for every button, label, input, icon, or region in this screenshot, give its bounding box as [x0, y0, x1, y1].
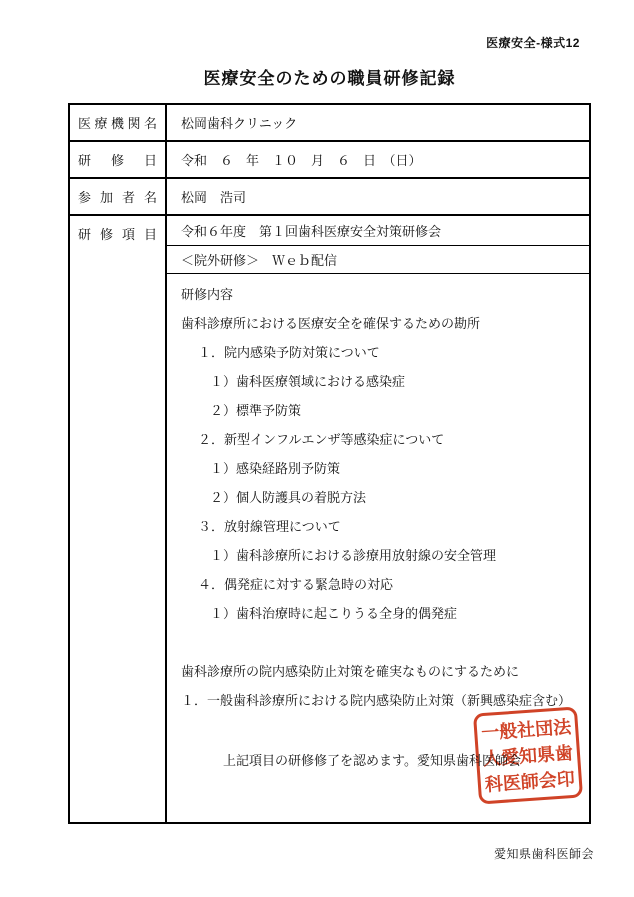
date-value-cell: 令和 ６ 年 １０ 月 ６ 日 （日） [167, 142, 589, 177]
content-line: １．院内感染予防対策について [181, 338, 589, 367]
institution-name: 松岡歯科クリニック [181, 113, 297, 132]
date-label-cell: 研修日 [70, 142, 167, 177]
content-line: １）歯科診療所における診療用放射線の安全管理 [181, 541, 589, 570]
content-line: １）感染経路別予防策 [181, 454, 589, 483]
date-label: 研修日 [78, 150, 157, 169]
content-line: １）歯科治療時に起こりうる全身的偶発症 [181, 599, 589, 628]
institution-value-cell: 松岡歯科クリニック [167, 105, 589, 140]
training-items-label-cell: 研修項目 [70, 216, 167, 822]
table-row-institution: 医療機関名 松岡歯科クリニック [70, 105, 589, 142]
participant-label-cell: 参加者名 [70, 179, 167, 214]
training-format: ＜院外研修＞ Ｗｅｂ配信 [181, 250, 337, 269]
training-items-label: 研修項目 [78, 224, 157, 243]
table-row-date: 研修日 令和 ６ 年 １０ 月 ６ 日 （日） [70, 142, 589, 179]
training-record-table: 医療機関名 松岡歯科クリニック 研修日 令和 ６ 年 １０ 月 ６ 日 （日） … [68, 103, 591, 824]
content-line: ２）個人防護具の着脱方法 [181, 483, 589, 512]
content-line: 歯科診療所における医療安全を確保するための勘所 [181, 309, 589, 338]
form-code-label: 医療安全-様式12 [486, 34, 580, 51]
seal-text-line: 科医師会印 [484, 765, 576, 797]
participant-value-cell: 松岡 浩司 [167, 179, 589, 214]
training-format-row: ＜院外研修＞ Ｗｅｂ配信 [167, 246, 589, 274]
content-line: ４．偶発症に対する緊急時の対応 [181, 570, 589, 599]
institution-label: 医療機関名 [78, 113, 157, 132]
participant-label: 参加者名 [78, 187, 157, 206]
participant-name: 松岡 浩司 [181, 187, 246, 206]
training-date: 令和 ６ 年 １０ 月 ６ 日 （日） [181, 150, 422, 169]
table-row-training-items: 研修項目 令和６年度 第１回歯科医療安全対策研修会 ＜院外研修＞ Ｗｅｂ配信 研… [70, 216, 589, 822]
content-line: ２．新型インフルエンザ等感染症について [181, 425, 589, 454]
content-line: 歯科診療所の院内感染防止対策を確実なものにするために [181, 657, 589, 686]
course-title-row: 令和６年度 第１回歯科医療安全対策研修会 [167, 216, 589, 246]
training-content-cell: 研修内容 歯科診療所における医療安全を確保するための勘所 １．院内感染予防対策に… [167, 274, 589, 822]
content-line: １）歯科医療領域における感染症 [181, 367, 589, 396]
table-row-participant: 参加者名 松岡 浩司 [70, 179, 589, 216]
official-seal-stamp: 一般社団法 人愛知県歯 科医師会印 [473, 706, 583, 804]
course-title: 令和６年度 第１回歯科医療安全対策研修会 [181, 221, 441, 240]
document-page: 医療安全-様式12 医療安全のための職員研修記録 医療機関名 松岡歯科クリニック… [0, 0, 634, 897]
content-line: ２）標準予防策 [181, 396, 589, 425]
content-line: ３．放射線管理について [181, 512, 589, 541]
training-items-value-column: 令和６年度 第１回歯科医療安全対策研修会 ＜院外研修＞ Ｗｅｂ配信 研修内容 歯… [167, 216, 589, 822]
content-line: 研修内容 [181, 280, 589, 309]
institution-label-cell: 医療機関名 [70, 105, 167, 140]
footer-organization: 愛知県歯科医師会 [494, 845, 594, 862]
page-title: 医療安全のための職員研修記録 [68, 64, 591, 89]
